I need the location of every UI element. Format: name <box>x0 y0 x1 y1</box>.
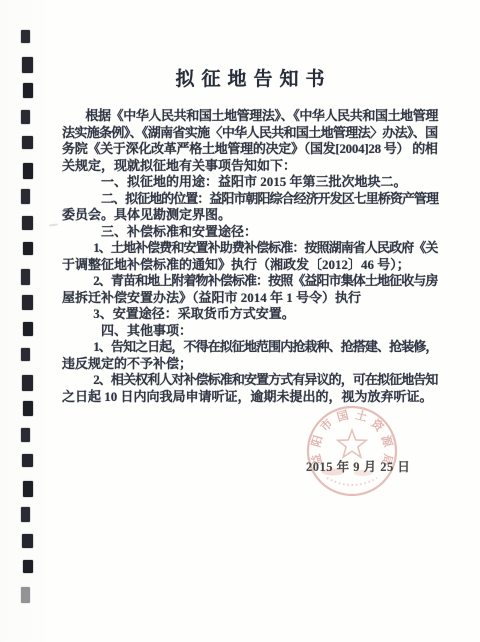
seal-arc-char: 市 <box>317 416 335 434</box>
body-line: 法实施条例》、《湖南省实施〈中华人民共和国土地管理法〉办法》、国 <box>62 125 438 142</box>
body-line: 3、安置途径：采取货币方式安置。 <box>62 306 438 323</box>
binding-hole <box>22 295 33 310</box>
binding-hole <box>22 216 33 230</box>
body-line: 一、拟征地的用途：益阳市 2015 年第三批次地块二。 <box>62 174 438 191</box>
body-line: 1、土地补偿费和安置补助费补偿标准：按照湖南省人民政府《关 <box>62 240 438 257</box>
binding-hole <box>22 57 33 73</box>
binding-hole <box>22 375 33 391</box>
document-date: 2015 年 9 月 25 日 <box>306 457 410 475</box>
seal-star-icon <box>338 430 367 457</box>
scan-smudge <box>49 223 58 226</box>
binding-hole <box>21 428 30 442</box>
body-line: 三、补偿标准和安置途径： <box>62 224 438 241</box>
binding-hole <box>21 189 30 204</box>
binding-hole <box>23 481 33 497</box>
document-body: 根据《中华人民共和国土地管理法》、《中华人民共和国土地管理法实施条例》、《湖南省… <box>62 108 438 405</box>
body-line: 2、相关权利人对补偿标准和安置方式有异议的，可在拟征地告知 <box>62 372 438 389</box>
body-line: 二、拟征地的位置：益阳市朝阳综合经济开发区七里桥资产管理 <box>62 191 438 208</box>
body-line: 违反规定的不予补偿； <box>62 356 438 373</box>
seal-bottom-marks <box>327 478 377 485</box>
body-line: 根据《中华人民共和国土地管理法》、《中华人民共和国土地管理 <box>62 108 438 125</box>
binding-hole <box>22 534 33 548</box>
binding-hole <box>21 269 30 285</box>
binding-hole <box>23 163 33 179</box>
binding-hole <box>23 560 33 573</box>
body-line: 关规定，现就拟征地有关事项告知如下： <box>62 158 438 175</box>
body-line: 于调整征地补偿标准的通知》执行（湘政发〔2012〕46 号）； <box>62 257 438 274</box>
body-line: 屋拆迁补偿安置办法》（益阳市 2014 年 1 号令）执行 <box>62 290 438 307</box>
body-line: 务院《关于深化改革严格土地管理的决定》（国发[2004]28 号） 的相 <box>62 141 438 158</box>
binding-hole <box>23 322 33 336</box>
document-page: 拟征地告知书 根据《中华人民共和国土地管理法》、《中华人民共和国土地管理法实施条… <box>0 0 480 642</box>
official-seal: 益阳市国土资源局 <box>297 398 417 508</box>
body-line: 1、告知之日起，不得在拟征地范围内抢栽种、抢搭建、抢装修， <box>62 339 438 356</box>
binding-hole <box>21 348 30 361</box>
binding-hole <box>22 454 33 467</box>
binding-hole <box>23 401 33 416</box>
seal-arc-char: 资 <box>369 416 387 434</box>
binding-hole <box>23 83 33 98</box>
body-line: 2、青苗和地上附着物补偿标准：按照《益阳市集体土地征收与房 <box>62 273 438 290</box>
binding-hole <box>21 587 30 603</box>
binding-hole <box>21 507 30 522</box>
body-line: 委员会。具体见勘测定界图。 <box>62 207 438 224</box>
binding-hole <box>21 110 30 124</box>
body-line: 四、其他事项： <box>62 323 438 340</box>
binding-hole <box>22 136 33 149</box>
document-title: 拟征地告知书 <box>62 67 438 92</box>
binding-hole <box>23 242 33 255</box>
binding-hole <box>21 30 30 43</box>
